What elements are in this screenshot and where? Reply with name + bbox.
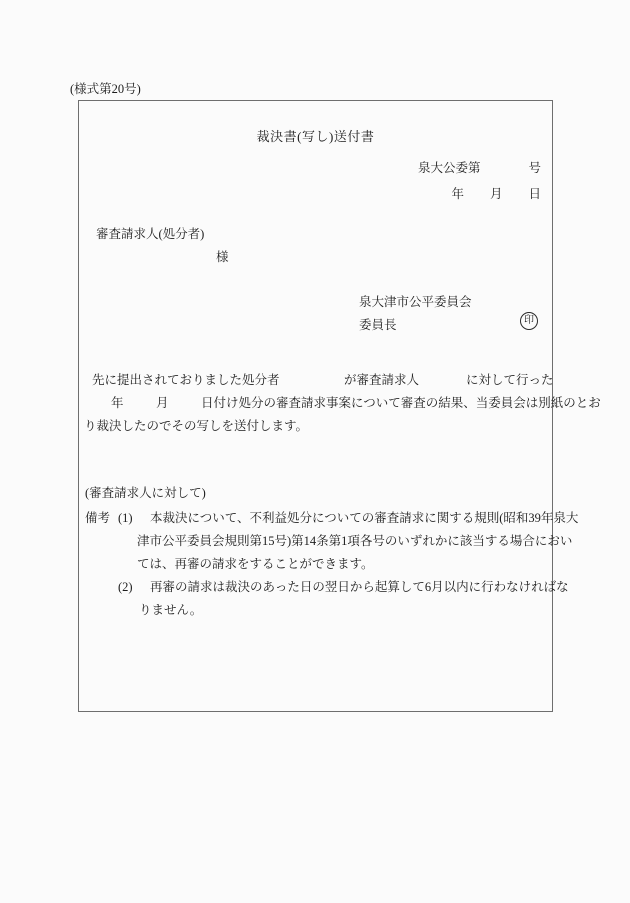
remark-item-1-text-1: 本裁決について、不利益処分についての審査請求に関する規則(昭和39年泉大 — [150, 512, 578, 525]
date-month-label: 月 — [490, 187, 503, 201]
body-line-3: り裁決したのでその写しを送付します。 — [84, 420, 308, 433]
remarks-heading: (審査請求人に対して) — [85, 487, 206, 500]
document-page: (様式第20号) 裁決書(写し)送付書 泉大公委第号 年月日 審査請求人(処分者… — [0, 0, 630, 903]
body-line1-part1: 先に提出されておりました処分者 — [92, 374, 280, 387]
remark-item-2-text-1: 再審の請求は裁決のあった日の翌日から起算して6月以内に行わなければな — [150, 581, 569, 594]
doc-number-line: 泉大公委第号 — [418, 162, 541, 175]
remark-item-1-text-3: ては、再審の請求をすることができます。 — [137, 558, 374, 571]
remark-item-2-number: (2) — [118, 581, 133, 594]
doc-number-suffix: 号 — [528, 161, 541, 175]
document-title: 裁決書(写し)送付書 — [79, 130, 552, 143]
body-month-label: 月 — [156, 397, 169, 410]
sender-organization: 泉大津市公平委員会 — [359, 296, 472, 309]
body-line1-part3: に対して行った — [466, 374, 554, 387]
date-day-label: 日 — [528, 187, 541, 201]
body-year-label: 年 — [111, 397, 124, 410]
doc-number-prefix: 泉大公委第 — [418, 161, 481, 175]
date-line: 年月日 — [451, 188, 541, 201]
addressee-honorific: 様 — [216, 251, 229, 264]
sender-position: 委員長 — [359, 319, 397, 332]
document-border-box: 裁決書(写し)送付書 泉大公委第号 年月日 審査請求人(処分者) 様 泉大津市公… — [78, 100, 553, 712]
remarks-label: 備考 — [85, 512, 110, 525]
form-number-label: (様式第20号) — [70, 83, 141, 96]
body-line2-text: 日付け処分の審査請求事案について審査の結果、当委員会は別紙のとお — [201, 397, 601, 410]
addressee-label: 審査請求人(処分者) — [96, 228, 204, 241]
remark-item-2-text-2: りません。 — [139, 604, 202, 617]
date-year-label: 年 — [451, 187, 464, 201]
seal-icon: 印 — [520, 312, 538, 330]
remark-item-1-text-2: 津市公平委員会規則第15号)第14条第1項各号のいずれかに該当する場合におい — [137, 535, 572, 548]
remark-item-1-number: (1) — [118, 512, 133, 525]
body-line1-part2: が審査請求人 — [344, 374, 419, 387]
